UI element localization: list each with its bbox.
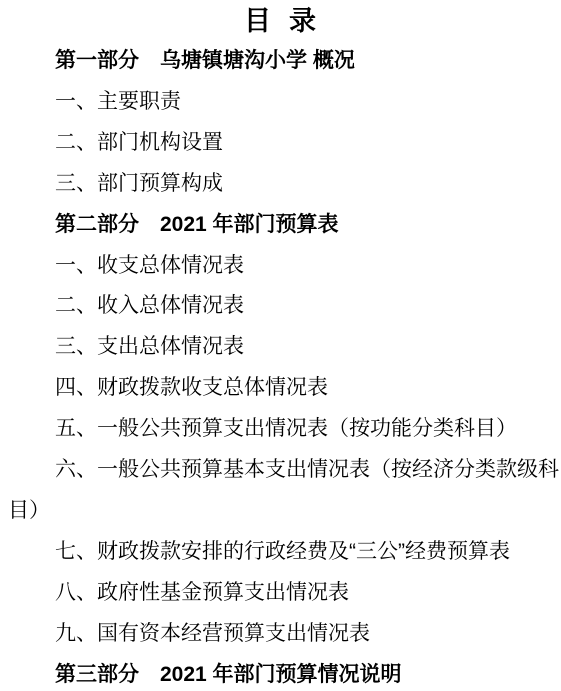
toc-item-expenditure-overview: 三、支出总体情况表 xyxy=(8,327,561,368)
table-of-contents: 第一部分 乌塘镇塘沟小学 概况 一、主要职责 二、部门机构设置 三、部门预算构成… xyxy=(0,41,561,691)
document-page: 目 录 第一部分 乌塘镇塘沟小学 概况 一、主要职责 二、部门机构设置 三、部门… xyxy=(0,0,561,691)
toc-item-govt-fund-budget: 八、政府性基金预算支出情况表 xyxy=(8,573,561,614)
toc-item-revenue-expenditure-overview: 一、收支总体情况表 xyxy=(8,246,561,287)
toc-item-fiscal-allocation-overview: 四、财政拨款收支总体情况表 xyxy=(8,368,561,409)
toc-item-state-capital-budget: 九、国有资本经营预算支出情况表 xyxy=(8,614,561,655)
toc-item-admin-three-public-funds: 七、财政拨款安排的行政经费及“三公”经费预算表 xyxy=(8,532,561,573)
page-title: 目 录 xyxy=(0,1,561,41)
toc-heading-part2: 第二部分 2021 年部门预算表 xyxy=(8,205,561,246)
toc-item-main-duties: 一、主要职责 xyxy=(8,82,561,123)
toc-item-revenue-overview: 二、收入总体情况表 xyxy=(8,286,561,327)
toc-item-budget-composition: 三、部门预算构成 xyxy=(8,164,561,205)
toc-heading-part3: 第三部分 2021 年部门预算情况说明 xyxy=(8,655,561,691)
toc-item-public-budget-expenditure: 五、一般公共预算支出情况表（按功能分类科目） xyxy=(8,409,561,450)
toc-item-public-budget-basic-expenditure: 六、一般公共预算基本支出情况表（按经济分类款级科目） xyxy=(8,450,561,532)
toc-item-org-structure: 二、部门机构设置 xyxy=(8,123,561,164)
toc-heading-part1: 第一部分 乌塘镇塘沟小学 概况 xyxy=(8,41,561,82)
